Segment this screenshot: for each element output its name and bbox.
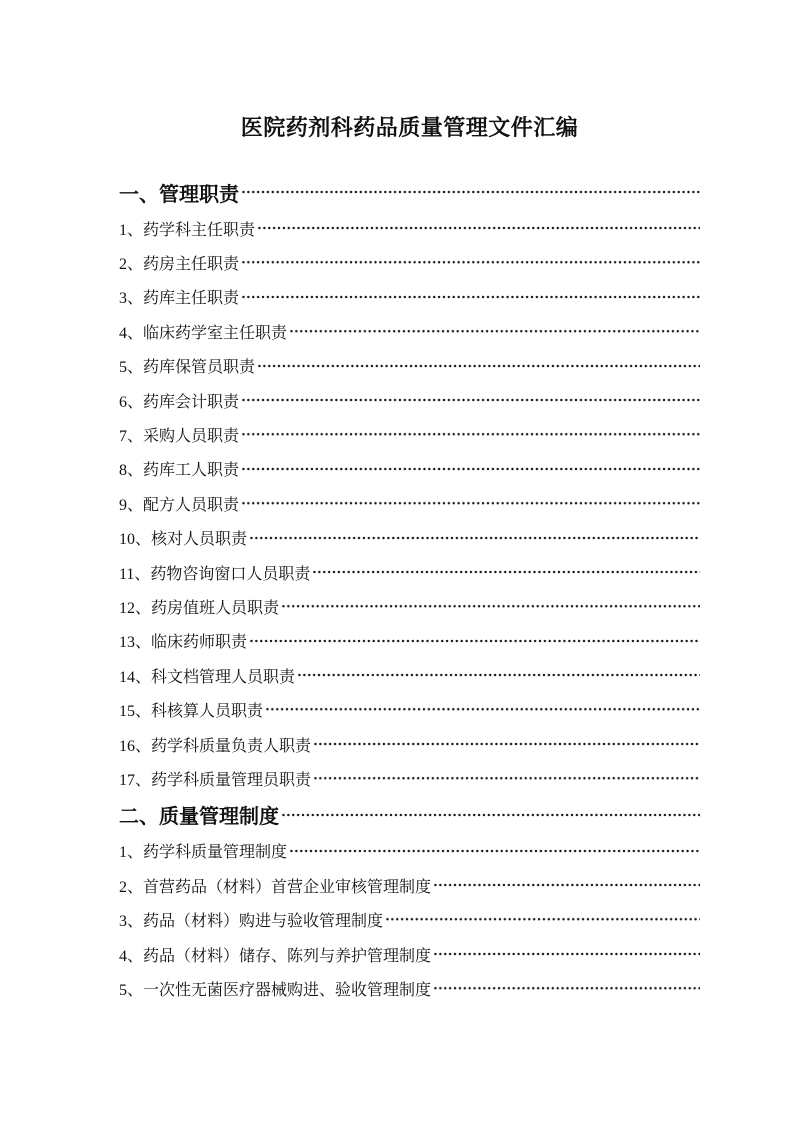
dot-leader: [249, 624, 700, 658]
document-title: 医院药剂科药品质量管理文件汇编: [119, 114, 700, 142]
dot-leader: [312, 555, 700, 589]
dot-leader: [241, 383, 700, 417]
toc-item: 13、临床药师职责: [119, 624, 700, 658]
toc-item-label: 10、核对人员职责: [119, 526, 247, 549]
toc-item-label: 7、采购人员职责: [119, 423, 239, 446]
dot-leader: [281, 589, 700, 623]
toc-item-label: 5、一次性无菌医疗器械购进、验收管理制度: [119, 977, 431, 1000]
dot-leader: [241, 280, 700, 314]
dot-leader: [241, 245, 700, 279]
dot-leader: [241, 417, 700, 451]
dot-leader: [433, 971, 700, 1005]
toc-item: 9、配方人员职责: [119, 486, 700, 520]
toc-item-label: 6、药库会计职责: [119, 389, 239, 412]
toc-item: 5、药库保管员职责: [119, 349, 700, 383]
dot-leader: [313, 761, 700, 795]
toc-item-label: 9、配方人员职责: [119, 492, 239, 515]
toc-item: 15、科核算人员职责: [119, 692, 700, 726]
toc-item: 3、药库主任职责: [119, 280, 700, 314]
dot-leader: [385, 902, 700, 936]
toc-section-heading: 二、质量管理制度: [119, 796, 700, 834]
toc-item: 4、临床药学室主任职责: [119, 314, 700, 348]
toc-item-label: 17、药学科质量管理员职责: [119, 767, 311, 790]
toc-item-label: 3、药品（材料）购进与验收管理制度: [119, 908, 383, 931]
toc-item: 17、药学科质量管理员职责: [119, 761, 700, 795]
toc-section-heading-label: 二、质量管理制度: [119, 800, 279, 829]
toc-item-label: 16、药学科质量负责人职责: [119, 733, 311, 756]
toc-item: 5、一次性无菌医疗器械购进、验收管理制度: [119, 971, 700, 1005]
toc-item-label: 1、药学科主任职责: [119, 217, 255, 240]
toc-item-label: 12、药房值班人员职责: [119, 595, 279, 618]
toc-item-label: 1、药学科质量管理制度: [119, 839, 287, 862]
toc-item: 1、药学科主任职责: [119, 211, 700, 245]
toc-section-heading: 一、管理职责: [119, 173, 700, 211]
table-of-contents: 一、管理职责 1、药学科主任职责 2、药房主任职责 3、药库主任职责 4、临床药…: [119, 173, 700, 1006]
document-page: 医院药剂科药品质量管理文件汇编 一、管理职责 1、药学科主任职责 2、药房主任职…: [0, 0, 793, 1122]
toc-item: 16、药学科质量负责人职责: [119, 727, 700, 761]
dot-leader: [289, 834, 700, 868]
toc-item: 10、核对人员职责: [119, 521, 700, 555]
dot-leader: [297, 658, 700, 692]
toc-item: 2、首营药品（材料）首营企业审核管理制度: [119, 868, 700, 902]
dot-leader: [241, 173, 700, 211]
toc-item-label: 2、首营药品（材料）首营企业审核管理制度: [119, 874, 431, 897]
toc-item-label: 15、科核算人员职责: [119, 698, 263, 721]
toc-item-label: 5、药库保管员职责: [119, 354, 255, 377]
toc-item: 1、药学科质量管理制度: [119, 834, 700, 868]
toc-item: 2、药房主任职责: [119, 245, 700, 279]
toc-item-label: 8、药库工人职责: [119, 457, 239, 480]
dot-leader: [249, 521, 700, 555]
dot-leader: [433, 868, 700, 902]
dot-leader: [265, 692, 700, 726]
toc-item: 7、采购人员职责: [119, 417, 700, 451]
toc-item-label: 4、药品（材料）储存、陈列与养护管理制度: [119, 943, 431, 966]
toc-item: 8、药库工人职责: [119, 452, 700, 486]
toc-item: 6、药库会计职责: [119, 383, 700, 417]
toc-item-label: 11、药物咨询窗口人员职责: [119, 561, 310, 584]
document-content: 医院药剂科药品质量管理文件汇编 一、管理职责 1、药学科主任职责 2、药房主任职…: [119, 114, 700, 1006]
dot-leader: [281, 796, 700, 834]
dot-leader: [433, 937, 700, 971]
toc-item-label: 13、临床药师职责: [119, 629, 247, 652]
toc-item-label: 3、药库主任职责: [119, 285, 239, 308]
dot-leader: [289, 314, 700, 348]
toc-item: 3、药品（材料）购进与验收管理制度: [119, 902, 700, 936]
toc-item-label: 4、临床药学室主任职责: [119, 320, 287, 343]
toc-item: 12、药房值班人员职责: [119, 589, 700, 623]
toc-item-label: 2、药房主任职责: [119, 251, 239, 274]
toc-item: 14、科文档管理人员职责: [119, 658, 700, 692]
dot-leader: [257, 349, 700, 383]
dot-leader: [257, 211, 700, 245]
toc-item: 11、药物咨询窗口人员职责: [119, 555, 700, 589]
dot-leader: [241, 486, 700, 520]
dot-leader: [313, 727, 700, 761]
toc-item-label: 14、科文档管理人员职责: [119, 664, 295, 687]
dot-leader: [241, 452, 700, 486]
toc-item: 4、药品（材料）储存、陈列与养护管理制度: [119, 937, 700, 971]
toc-section-heading-label: 一、管理职责: [119, 178, 239, 207]
